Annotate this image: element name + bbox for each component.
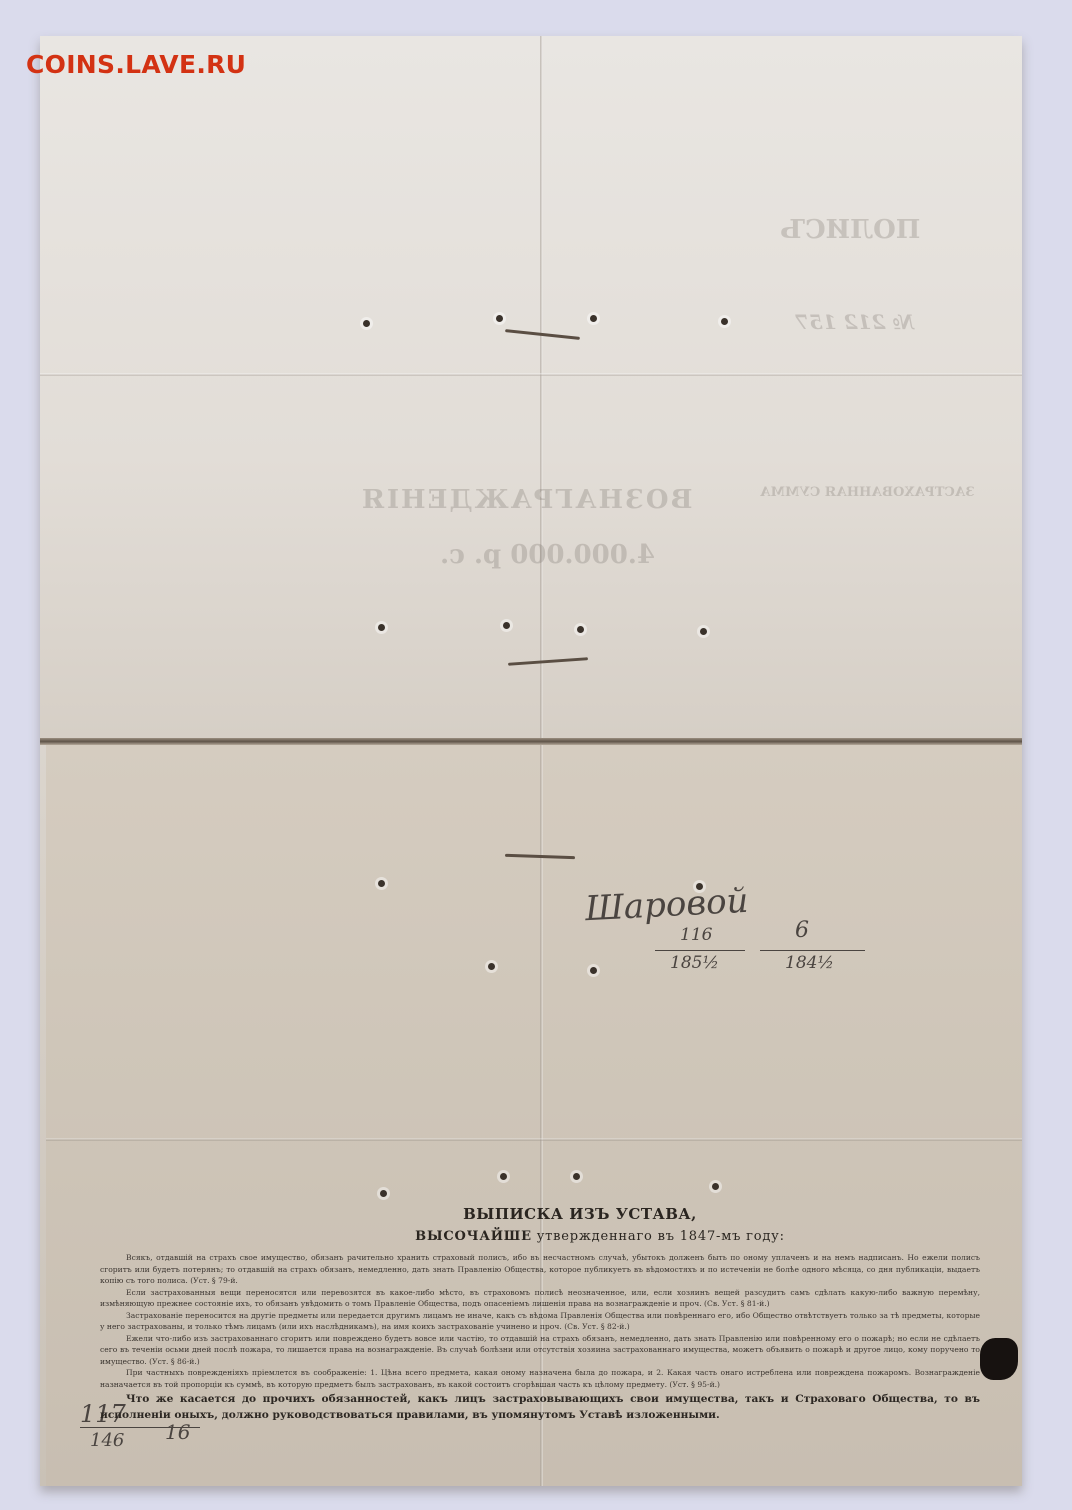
ink-blot	[980, 1338, 1018, 1380]
paper-hole	[590, 967, 597, 974]
paper-hole	[378, 880, 385, 887]
extract-paragraph: Застрахованіе переносится на другіе пред…	[100, 1310, 980, 1333]
extract-paragraph: Всякъ, отдавшій на страхъ свое имущество…	[100, 1252, 980, 1287]
extract-paragraph: Если застрахованныя вещи переносятся или…	[100, 1287, 980, 1310]
paper-hole	[488, 963, 495, 970]
fraction1-line	[655, 950, 745, 951]
document-top-panel	[40, 36, 1022, 738]
extract-closing: Что же касается до прочихъ обязанностей,…	[100, 1391, 980, 1423]
paper-hole	[700, 628, 707, 635]
paper-hole	[573, 1173, 580, 1180]
extract-subtitle-rest: утвержденнаго въ 1847-мъ году:	[537, 1229, 785, 1244]
paper-hole	[712, 1183, 719, 1190]
extract-paragraph: При частныхъ поврежденіяхъ пріемлется въ…	[100, 1367, 980, 1390]
ghost-amount: 4.000.000 р. с.	[440, 540, 655, 570]
extract-subtitle: ВЫСОЧАЙШЕ утвержденнаго въ 1847-мъ году:	[220, 1229, 980, 1244]
handwritten-bottom-left-right: 16	[165, 1420, 190, 1444]
paper-hole	[378, 624, 385, 631]
paper-hole	[721, 318, 728, 325]
extract-subtitle-bold: ВЫСОЧАЙШЕ	[415, 1229, 532, 1244]
horizontal-fold-lower	[46, 1138, 1022, 1141]
horizontal-fold-middle	[40, 738, 1022, 745]
handwritten-fraction2-denominator: 184½	[785, 953, 834, 973]
paper-hole	[496, 315, 503, 322]
ghost-headline: ВОЗНАГРАЖДЕНІЯ	[360, 485, 693, 515]
paper-hole	[363, 320, 370, 327]
extract-title: ВЫПИСКА ИЗЪ УСТАВА,	[180, 1205, 980, 1223]
handwritten-fraction1-denominator: 185½	[670, 953, 719, 973]
handwritten-fraction1-numerator: 116	[680, 925, 712, 945]
ghost-left-block: ЗАСТРАХОВАННАЯ СУММА	[760, 485, 975, 500]
extract-paragraph: Ежели что-либо изъ застрахованнаго сгори…	[100, 1333, 980, 1368]
paper-hole	[503, 622, 510, 629]
paper-hole	[380, 1190, 387, 1197]
handwritten-name: Шаровой	[584, 881, 749, 930]
paper-hole	[590, 315, 597, 322]
paper-hole	[500, 1173, 507, 1180]
paper-hole	[577, 626, 584, 633]
fraction2-line	[760, 950, 865, 951]
handwritten-fraction2-numerator: 6	[795, 918, 809, 943]
charter-extract: ВЫПИСКА ИЗЪ УСТАВА, ВЫСОЧАЙШЕ утвержденн…	[100, 1205, 980, 1423]
handwritten-bottom-left-bottom: 146	[90, 1430, 124, 1451]
ghost-number: № 212 157	[795, 310, 914, 334]
horizontal-fold-upper	[40, 373, 1022, 376]
ghost-title: ПОЛИСЪ	[780, 215, 920, 245]
watermark: COINS.LAVE.RU	[26, 50, 246, 79]
